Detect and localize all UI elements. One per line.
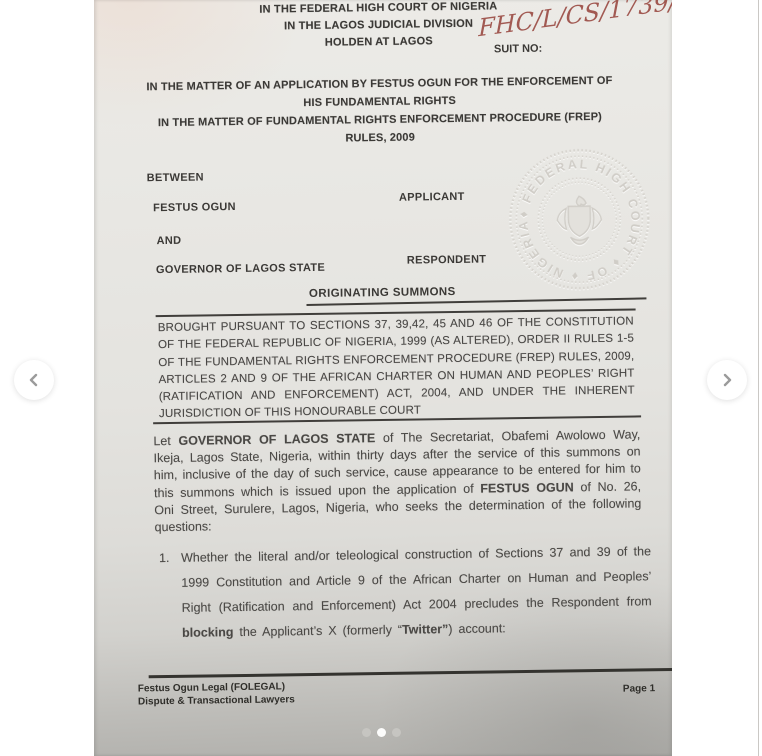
question-text-3: ) account: <box>448 621 506 636</box>
matter-heading: IN THE MATTER OF AN APPLICATION BY FESTU… <box>139 72 620 151</box>
respondent-role: RESPONDENT <box>407 254 487 267</box>
document-photo[interactable]: IN THE FEDERAL HIGH COURT OF NIGERIA IN … <box>94 0 672 756</box>
applicant-name: FESTUS OGUN <box>153 201 236 214</box>
question-text-1: Whether the literal and/or teleological … <box>181 544 652 615</box>
chevron-right-icon <box>720 373 734 387</box>
question-item-1: 1. Whether the literal and/or teleologic… <box>159 539 652 646</box>
chevron-left-icon <box>27 373 41 387</box>
carousel-dots <box>0 728 762 737</box>
applicant-role: APPLICANT <box>399 191 465 204</box>
firm-tagline: Dispute & Transactional Lawyers <box>138 693 295 708</box>
court-holden-line: HOLDEN AT LAGOS <box>94 32 668 52</box>
law-firm-footer: Festus Ogun Legal (FOLEGAL) Dispute & Tr… <box>138 680 295 708</box>
embossed-court-seal-icon: ♦ FEDERAL HIGH COURT ♦ OF ♦ NIGERIA <box>503 143 655 295</box>
page-number: Page 1 <box>623 683 655 694</box>
carousel-stage: IN THE FEDERAL HIGH COURT OF NIGERIA IN … <box>0 0 762 756</box>
carousel-dot-3[interactable] <box>392 728 401 737</box>
suit-no-label: SUIT NO: <box>494 43 542 56</box>
respondent-name-inline: GOVERNOR OF LAGOS STATE <box>178 431 375 448</box>
pursuant-block: BROUGHT PURSUANT TO SECTIONS 37, 39,42, … <box>158 313 635 423</box>
summons-lead: Let <box>153 434 178 448</box>
carousel-dot-2[interactable] <box>377 728 386 737</box>
between-label: BETWEEN <box>147 171 204 184</box>
question-bold-blocking: blocking <box>182 625 234 640</box>
summons-paragraph: Let GOVERNOR OF LAGOS STATE of The Secre… <box>153 426 641 536</box>
coat-of-arms-icon <box>557 196 602 245</box>
prev-button[interactable] <box>14 360 54 400</box>
footer-rule <box>149 668 672 678</box>
question-text-2: the Applicant’s X (formerly “ <box>233 623 402 639</box>
question-text: Whether the literal and/or teleological … <box>181 539 652 646</box>
scanned-page: IN THE FEDERAL HIGH COURT OF NIGERIA IN … <box>94 0 672 756</box>
and-label: AND <box>157 235 182 247</box>
respondent-name: GOVERNOR OF LAGOS STATE <box>156 262 325 276</box>
next-image-edge <box>758 0 759 756</box>
applicant-name-inline: FESTUS OGUN <box>480 480 574 495</box>
carousel-dot-1[interactable] <box>362 728 371 737</box>
question-number: 1. <box>159 546 182 646</box>
question-bold-twitter: Twitter” <box>402 622 448 637</box>
next-button[interactable] <box>707 360 747 400</box>
